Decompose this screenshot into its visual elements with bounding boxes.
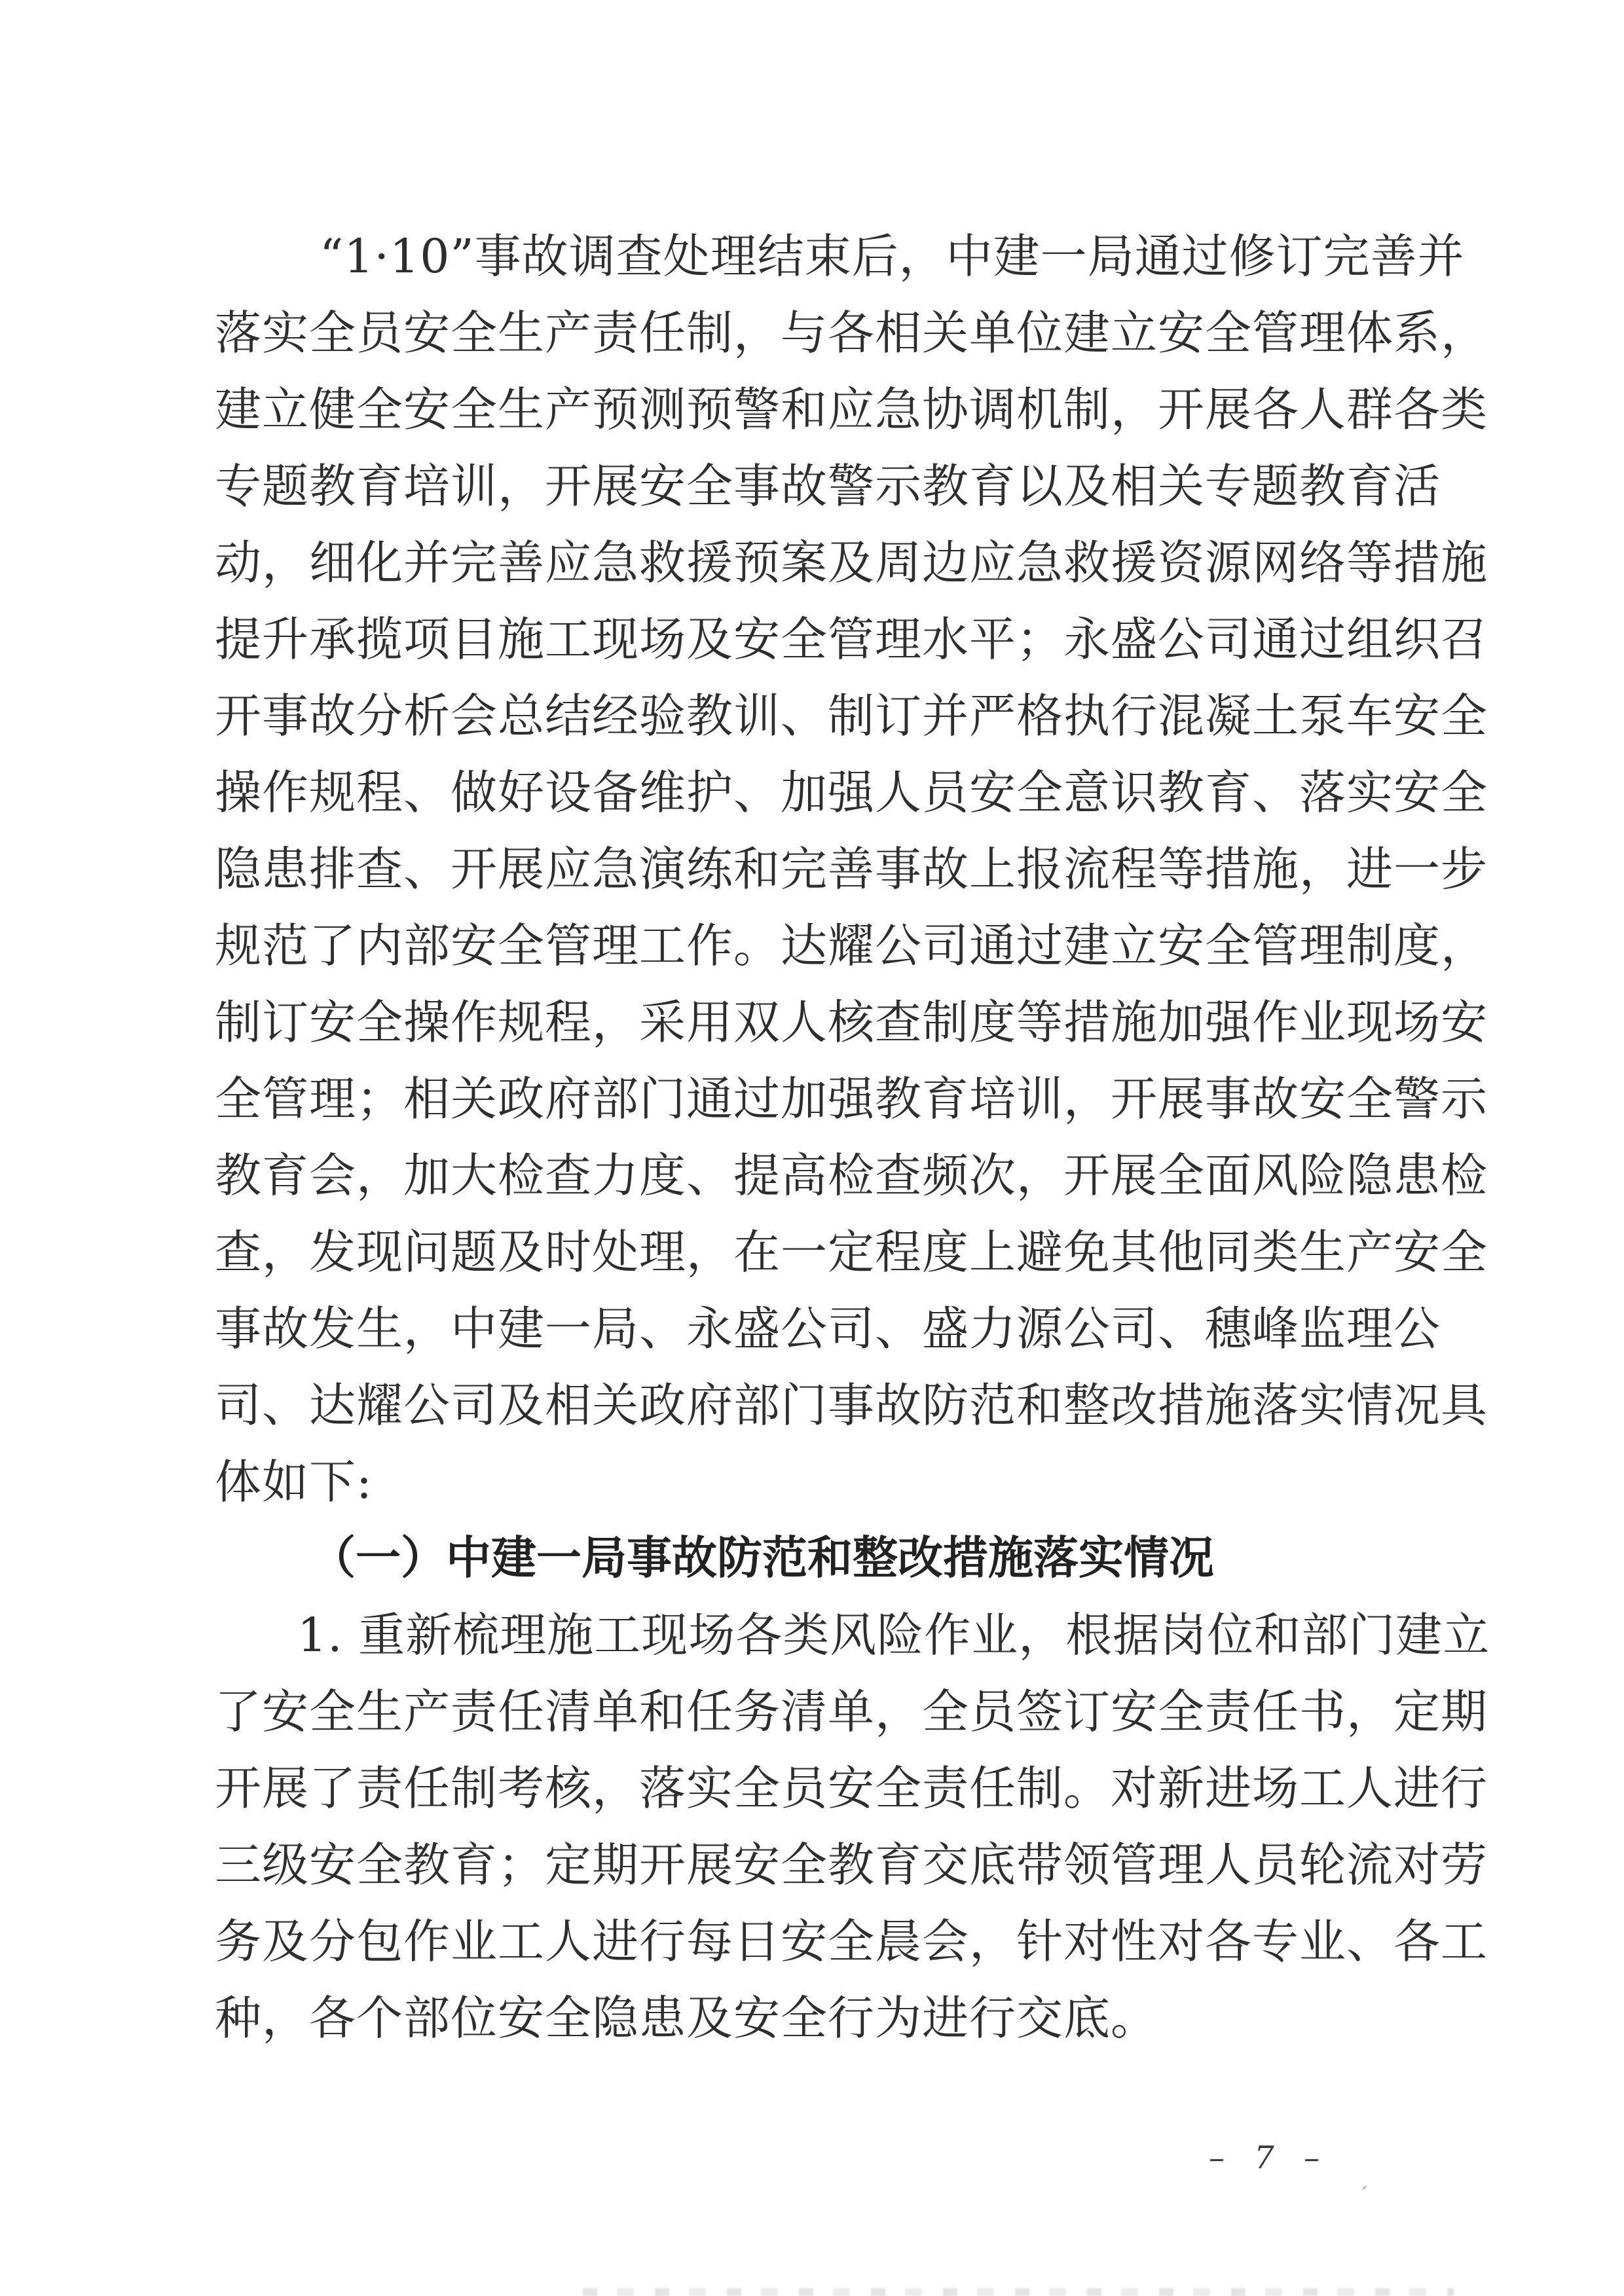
scanned-document-page: “1·10”事故调查处理结束后，中建一局通过修订完善并 落实全员安全生产责任制，… <box>0 0 1624 2296</box>
document-body: “1·10”事故调查处理结束后，中建一局通过修订完善并 落实全员安全生产责任制，… <box>215 218 1408 2056</box>
text-line: 查，发现问题及时处理，在一定程度上避免其他同类生产安全 <box>215 1214 1408 1290</box>
text-line: 种，各个部位安全隐患及安全行为进行交底。 <box>215 1980 1408 2056</box>
text-line: 司、达耀公司及相关政府部门事故防范和整改措施落实情况具 <box>215 1367 1408 1444</box>
text-line: 提升承揽项目施工现场及安全管理水平；永盛公司通过组织召 <box>215 601 1408 678</box>
text-line: 制订安全操作规程，采用双人核查制度等措施加强作业现场安 <box>215 984 1408 1061</box>
text-line: 隐患排查、开展应急演练和完善事故上报流程等措施，进一步 <box>215 831 1408 907</box>
scan-speck-artifact <box>1362 2185 1367 2190</box>
text-line: 规范了内部安全管理工作。达耀公司通过建立安全管理制度， <box>215 907 1408 984</box>
text-line: 建立健全安全生产预测预警和应急协调机制，开展各人群各类 <box>215 371 1408 448</box>
text-line: 事故发生，中建一局、永盛公司、盛力源公司、穗峰监理公 <box>215 1290 1408 1367</box>
text-line: 1. 重新梳理施工现场各类风险作业，根据岗位和部门建立 <box>215 1597 1408 1673</box>
text-line: 开展了责任制考核，落实全员安全责任制。对新进场工人进行 <box>215 1750 1408 1827</box>
text-line: 三级安全教育；定期开展安全教育交底带领管理人员轮流对劳 <box>215 1827 1408 1903</box>
section-heading: （一）中建一局事故防范和整改措施落实情况 <box>215 1520 1408 1597</box>
text-line: “1·10”事故调查处理结束后，中建一局通过修订完善并 <box>215 218 1408 295</box>
page-number: – 7 – <box>1209 2138 1323 2178</box>
text-line: 专题教育培训，开展安全事故警示教育以及相关专题教育活 <box>215 448 1408 524</box>
text-line: 开事故分析会总结经验教训、制订并严格执行混凝土泵车安全 <box>215 678 1408 754</box>
text-line: 了安全生产责任清单和任务清单，全员签订安全责任书，定期 <box>215 1673 1408 1750</box>
text-line: 动，细化并完善应急救援预案及周边应急救援资源网络等措施 <box>215 524 1408 601</box>
text-line: 体如下: <box>215 1444 1408 1520</box>
text-line: 教育会，加大检查力度、提高检查频次，开展全面风险隐患检 <box>215 1137 1408 1214</box>
text-line: 务及分包作业工人进行每日安全晨会，针对性对各专业、各工 <box>215 1903 1408 1980</box>
text-line: 操作规程、做好设备维护、加强人员安全意识教育、落实安全 <box>215 754 1408 831</box>
text-line: 落实全员安全生产责任制，与各相关单位建立安全管理体系， <box>215 295 1408 371</box>
text-line: 全管理；相关政府部门通过加强教育培训，开展事故安全警示 <box>215 1061 1408 1137</box>
next-page-bleed-artifact <box>583 2288 1454 2296</box>
